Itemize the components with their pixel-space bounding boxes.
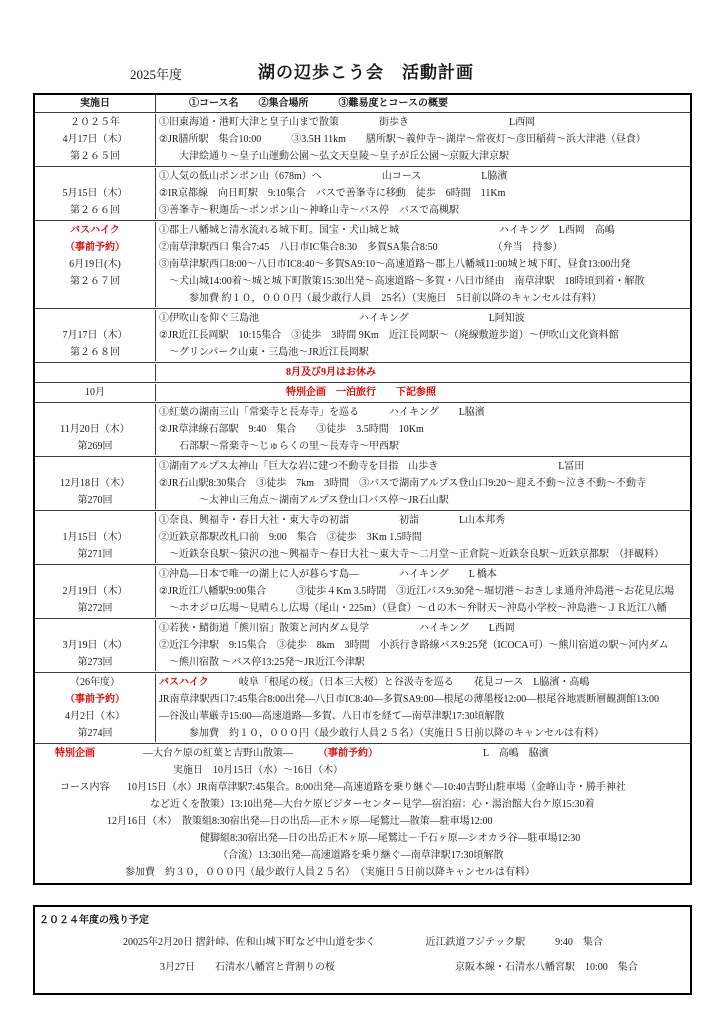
next-year-label: （26年度） [35,674,155,691]
date-cell: 12月18日（木） 第270回 [35,458,156,509]
course-cell: ①紅葉の湖南三山「常楽寺と長寿寺」を巡る ハイキング L脇濱 ②JR草津線石部駅… [156,404,690,455]
note-cell: 8月及び9月はお休み [156,364,690,381]
date-line [35,168,155,185]
title-bar: 2025年度 湖の辺歩こう会 活動計画 [0,58,724,86]
round-number: 第274回 [35,725,155,742]
schedule-row-270: 12月18日（木） 第270回 ①湖南アルプス太神山「巨大な岩に建つ不動寺を目指… [35,457,690,511]
date-cell: 5月15日（木） 第２６６回 [35,168,156,219]
date-cell: 2月19日（木） 第272回 [35,566,156,617]
trip-title: ―大台ケ原の紅葉と吉野山散策― [143,748,323,759]
participation-fee-line: 参加費 約３０，０００円（最少敢行人員２５名） （実施日５日前以降キャンセルは有… [125,864,690,881]
summer-rest-row: 8月及び9月はお休み [35,363,690,383]
course-line: ～熊川宿散 ～バス停13:25発～JR近江今津駅 [159,654,690,671]
advance-reservation-label: （事前予約） [35,691,155,708]
course-cell: ①奈良、興福寺・春日大社・東大寺の初詣 初詣 L山本邦秀 ②近鉄京都駅改札口前 … [156,512,690,563]
date-line: 2月19日（木） [35,583,155,600]
date-line: 11月20日（木） [35,421,155,438]
schedule-row-269: 11月20日（木） 第269回 ①紅葉の湖南三山「常楽寺と長寿寺」を巡る ハイキ… [35,403,690,457]
date-cell [35,364,156,381]
course-line: ～グリンパーク山東・三島池～JR近江長岡駅 [159,344,690,361]
bus-hike-label: バスハイク [159,677,209,688]
course-line: 参加費 約１０，０００円（最少敢行人員２５名）（実施日５日前以降のキャンセルは有… [159,725,690,742]
date-line: 12月18日（木） [35,475,155,492]
date-line [35,512,155,529]
round-number: 第２６７回 [35,273,155,290]
date-cell: 7月17日（木） 第２６８回 [35,310,156,361]
date-line [35,310,155,327]
schedule-row-271: 1月15日（木） 第271回 ①奈良、興福寺・春日大社・東大寺の初詣 初詣 L山… [35,511,690,565]
course-line: ②IR京都線 向日町駅 9:10集合 バスで善峯寺に移動 徒歩 6時間 11Km [159,185,690,202]
date-line: 4月2日（木） [35,708,155,725]
course-content-line: 12月16日（木） 散策組8:30宿出発―日の出岳―正木ヶ原―尾鷲辻―散策―駐車… [107,813,690,830]
remaining-2024-title: ２０２４年度の残り予定 [35,911,690,930]
schedule-row-267: バスハイク （事前予約） 6月19日(木) 第２６７回 ①郡上八幡城と清水流れる… [35,221,690,309]
advance-reservation-label: （事前予約） [323,748,373,759]
schedule-row-266: 5月15日（木） 第２６６回 ①人気の低山ポンポン山（678m）へ 山コース L… [35,167,690,221]
course-line: 石部駅～常楽寺～じゅらくの里～長寿寺～甲西駅 [159,438,690,455]
course-line: ①人気の低山ポンポン山（678m）へ 山コース L脇濱 [159,168,690,185]
schedule-row-272: 2月19日（木） 第272回 ①沖島―日本で唯一の湖上に人が暮らす島― ハイキン… [35,565,690,619]
course-line: ①湖南アルプス太神山「巨大な岩に建つ不動寺を目指 山歩き L冨田 [159,458,690,475]
date-line: 6月19日(木) [35,256,155,273]
bus-hike-label: バスハイク [35,222,155,239]
rest-note: 8月及び9月はお休み [286,364,690,381]
schedule-row-273: 3月19日（木） 第273回 ①若狭・鯖街道「熊川宿」散策と河内ダム見学 ハイキ… [35,619,690,673]
date-cell: 3月19日（木） 第273回 [35,620,156,671]
course-line: ①奈良、興福寺・春日大社・東大寺の初詣 初詣 L山本邦秀 [159,512,690,529]
course-line: ①郡上八幡城と清水流れる城下町。国宝・犬山城と城 ハイキング L西岡 高嶋 [159,222,690,239]
date-line: ２０２５年 [35,114,155,131]
course-cell: ①旧東海道・港町大津と皇子山まで散策 街歩き L西岡 ②JR膳所駅 集合10:0… [156,114,690,165]
course-line: ③南草津駅西口8:00～八日市IC8:40～多賀SA9:10～高速道路～郡上八幡… [159,256,690,273]
note-cell: 特別企画 一泊旅行 下記参照 [156,384,690,401]
round-number: 第２６８回 [35,344,155,361]
date-line: 3月19日（木） [35,637,155,654]
date-line [35,404,155,421]
date-line: 10月 [35,384,155,401]
date-line: 5月15日（木） [35,185,155,202]
course-line: ①沖島―日本で唯一の湖上に人が暮らす島― ハイキング L 橋本 [159,566,690,583]
activity-plan-document: { "colors": { "highlight_red": "#dd0000"… [0,0,724,1024]
date-cell: （26年度） （事前予約） 4月2日（木） 第274回 [35,674,156,742]
date-cell: 10月 [35,384,156,401]
course-content-label: コース内容 [35,779,127,796]
trip-dates-line: 実施日 10月15日（水）～16日（木） [173,762,690,779]
round-number: 第２６５回 [35,148,155,165]
header-desc-col: ①コース名 ②集合場所 ③難易度とコースの概要 [156,95,690,112]
round-number: 第270回 [35,492,155,509]
course-line: ②JR石山駅8:30集合 ③徒歩 7km 3時間 ③バスで湖南アルプス登山口9:… [159,475,690,492]
date-cell: 11月20日（木） 第269回 [35,404,156,455]
round-number: 第273回 [35,654,155,671]
header-date-col: 実施日 [35,95,156,112]
course-content-line: 健脚組8:30宿出発―日の出岳正木ヶ原―尾鷲辻－千石ヶ原―シオカラ谷―駐車場12… [200,830,690,847]
course-cell: ①人気の低山ポンポン山（678m）へ 山コース L脇濱 ②IR京都線 向日町駅 … [156,168,690,219]
course-content-line: （合流）13:30出発―高速道路を乗り継ぐ―南草津駅17:30頃解散 [218,847,690,864]
course-line: ①若狭・鯖街道「熊川宿」散策と河内ダム見学 ハイキング L西岡 [159,620,690,637]
remaining-event-line: 3月27日 石清水八幡宮と背割りの桜 京阪本線・石清水八幡宮駅 10:00 集合 [160,955,690,980]
special-plan-title-line: ―大台ケ原の紅葉と吉野山散策― （事前予約） L 高嶋 脇濱 [143,745,549,762]
round-number: 第271回 [35,546,155,563]
course-line: ②JR近江八幡駅9:00集合 ③徒歩４Km 3.5時間 ③近江バス9:30発～堀… [159,583,690,600]
date-line [35,364,155,381]
course-line: JR南草津駅西口7:45集合8:00出発―八日市IC8:40―多賀SA9:00―… [159,691,690,708]
course-cell: バスハイク 岐阜「根尾の桜」（日本三大桜）と谷汲寺を巡る 花見コース L脇濱・高… [156,674,690,742]
remaining-2024-table: ２０２４年度の残り予定 20025年2月20日 摺針峠、佐和山城下町など中山道を… [33,905,692,995]
course-line-text: 岐阜「根尾の桜」（日本三大桜）と谷汲寺を巡る 花見コース L脇濱・高嶋 [209,677,590,688]
round-number: 第269回 [35,438,155,455]
october-note: 特別企画 一泊旅行 下記参照 [286,384,690,401]
date-cell: ２０２５年 4月17日（木） 第２６５回 [35,114,156,165]
table-header-row: 実施日 ①コース名 ②集合場所 ③難易度とコースの概要 [35,95,690,113]
course-line: 参加費 約１０，０００円（最少敢行人員 25名）（実施日 5日前以降のキャンセル… [159,290,690,307]
date-line [35,458,155,475]
trip-leaders: L 高嶋 脇濱 [373,748,549,759]
course-content-row: コース内容 10月15日（水）JR南草津駅7:45集合。8:00出発―高速道路を… [35,779,690,796]
special-plan-label: 特別企画 [35,745,143,762]
course-cell: ①郡上八幡城と清水流れる城下町。国宝・犬山城と城 ハイキング L西岡 高嶋 ②南… [156,222,690,307]
course-line: ①紅葉の湖南三山「常楽寺と長寿寺」を巡る ハイキング L脇濱 [159,404,690,421]
special-plan-title-row: 特別企画 ―大台ケ原の紅葉と吉野山散策― （事前予約） L 高嶋 脇濱 [35,745,690,762]
date-line [35,620,155,637]
advance-reservation-label: （事前予約） [35,239,155,256]
date-cell: 1月15日（木） 第271回 [35,512,156,563]
course-line: ②南草津駅西口 集合7:45 八日市IC集合8:30 多賀SA集合8:50 （弁… [159,239,690,256]
course-line: ③善峯寺～釈迦岳～ポンポン山～神峰山寺～バス停 バスで高槻駅 [159,202,690,219]
schedule-row-274: （26年度） （事前予約） 4月2日（木） 第274回 バスハイク 岐阜「根尾の… [35,673,690,744]
remaining-event-line: 20025年2月20日 摺針峠、佐和山城下町など中山道を歩く 近江鉄道フジテック… [123,930,690,955]
date-line: 7月17日（木） [35,327,155,344]
round-number: 第２６６回 [35,202,155,219]
course-line: ②JR膳所駅 集合10:00 ③3.5H 11km 膳所駅～義仲寺～湖岸～常夜灯… [159,131,690,148]
schedule-row-268: 7月17日（木） 第２６８回 ①伊吹山を仰ぐ三島池 ハイキング L阿知波 ②JR… [35,309,690,363]
course-line: ①伊吹山を仰ぐ三島池 ハイキング L阿知波 [159,310,690,327]
course-content-line: など近くを散策）13:10出発―大台ケ原ビジターセンター見学―宿泊宿：心・湯治館… [150,796,690,813]
course-cell: ①若狭・鯖街道「熊川宿」散策と河内ダム見学 ハイキング L西岡 ②近江今津駅 9… [156,620,690,671]
october-row: 10月 特別企画 一泊旅行 下記参照 [35,383,690,403]
course-line: ②JR近江長岡駅 10:15集合 ③徒歩 3時間 9Km 近江長岡駅～（廃線敷遊… [159,327,690,344]
course-cell: ①伊吹山を仰ぐ三島池 ハイキング L阿知波 ②JR近江長岡駅 10:15集合 ③… [156,310,690,361]
fiscal-year-label: 2025年度 [130,64,182,83]
course-line: ～犬山城14:00着～城と城下町散策15:30出発～高速道路～多賀・八日市経由 … [159,273,690,290]
round-number: 第272回 [35,600,155,617]
course-cell: ①湖南アルプス太神山「巨大な岩に建つ不動寺を目指 山歩き L冨田 ②JR石山駅8… [156,458,690,509]
course-line: ①旧東海道・港町大津と皇子山まで散策 街歩き L西岡 [159,114,690,131]
date-line: 1月15日（木） [35,529,155,546]
main-schedule-table: 実施日 ①コース名 ②集合場所 ③難易度とコースの概要 ２０２５年 4月17日（… [33,93,692,885]
course-line: バスハイク 岐阜「根尾の桜」（日本三大桜）と谷汲寺を巡る 花見コース L脇濱・高… [159,674,690,691]
page-title: 湖の辺歩こう会 活動計画 [258,58,474,83]
course-line: ～近鉄奈良駅～猿沢の池～興福寺～春日大社～東大寺～二月堂～正倉院～近鉄奈良駅～近… [159,546,690,563]
course-line: 大津絵通り～皇子山運動公園～弘文天皇陵～皇子が丘公園～京阪大津京駅 [159,148,690,165]
special-plan-section: 特別企画 ―大台ケ原の紅葉と吉野山散策― （事前予約） L 高嶋 脇濱 実施日 … [35,744,690,883]
date-line: 4月17日（木） [35,131,155,148]
course-cell: ①沖島―日本で唯一の湖上に人が暮らす島― ハイキング L 橋本 ②JR近江八幡駅… [156,566,690,617]
schedule-row-265: ２０２５年 4月17日（木） 第２６５回 ①旧東海道・港町大津と皇子山まで散策 … [35,113,690,167]
course-line: ～太神山三角点～湖南アルプス登山口バス停～JR石山駅 [159,492,690,509]
course-line: ～ホオジロ広場～見晴らし広場（尾山・225m）（昼食）～ｄの木～弁財天～沖島小学… [159,600,690,617]
date-cell: バスハイク （事前予約） 6月19日(木) 第２６７回 [35,222,156,307]
course-line: ②近江今津駅 9:15集合 ③徒歩 8km 3時間 小浜行き路線バス9:25発（… [159,637,690,654]
date-line [35,566,155,583]
course-line: ―谷汲山華厳寺15:00―高速道路―多賀、八日市を経て―南草津駅17:30頃解散 [159,708,690,725]
course-line: ②JR草津線石部駅 9:40 集合 ③徒歩 3.5時間 10Km [159,421,690,438]
course-line: ②近鉄京都駅改札口前 9:00 集合 ③徒歩 3Km 1.5時間 [159,529,690,546]
course-content-line: 10月15日（水）JR南草津駅7:45集合。8:00出発―高速道路を乗り継ぐ―1… [127,779,626,796]
